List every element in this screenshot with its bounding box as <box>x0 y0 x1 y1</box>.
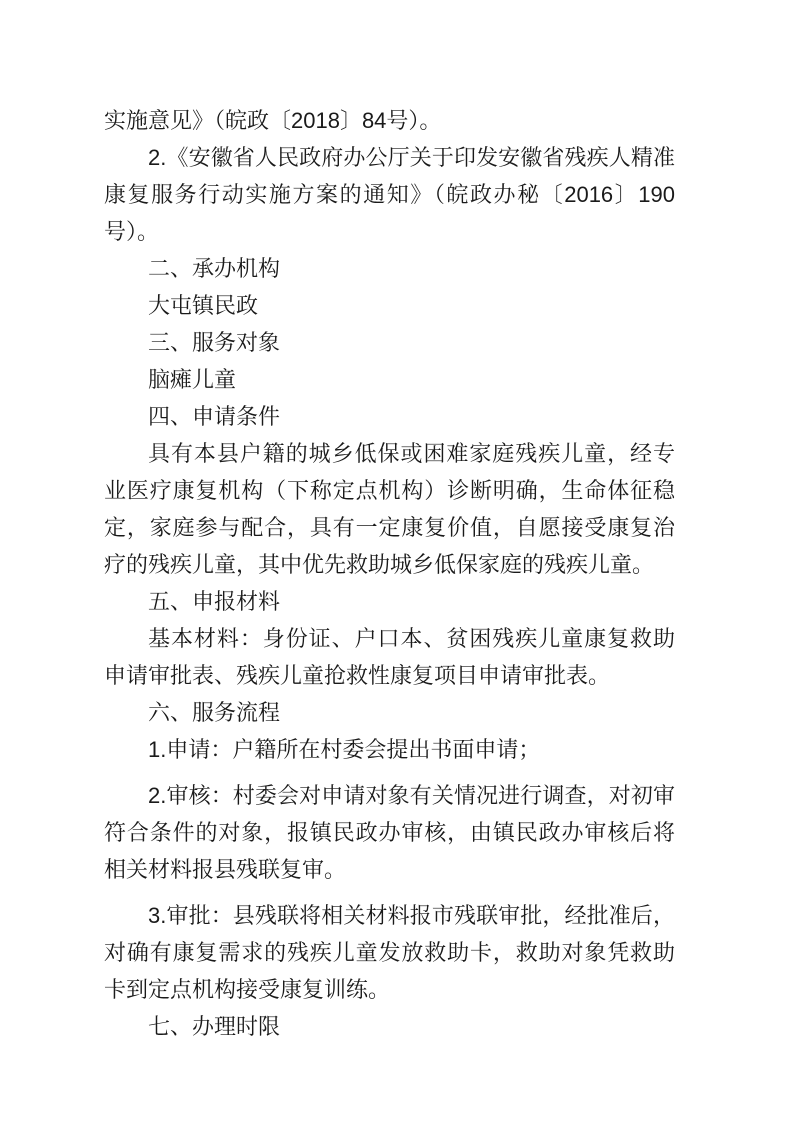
document-body: 实施意见》（皖政〔2018〕84号）。2.《安徽省人民政府办公厅关于印发安徽省残… <box>104 102 675 1045</box>
para-undertaking-agency: 大屯镇民政 <box>104 287 675 324</box>
para-application-materials: 基本材料：身份证、户口本、贫困残疾儿童康复救助申请审批表、残疾儿童抢救性康复项目… <box>104 620 675 694</box>
para-application-conditions: 具有本县户籍的城乡低保或困难家庭残疾儿童，经专业医疗康复机构（下称定点机构）诊断… <box>104 435 675 583</box>
heading-section-2-undertaking-agency: 二、承办机构 <box>104 250 675 287</box>
para-step-2-review: 2.审核：村委会对申请对象有关情况进行调查，对初审符合条件的对象，报镇民政办审核… <box>104 777 675 888</box>
para-policy-basis-2: 2.《安徽省人民政府办公厅关于印发安徽省残疾人精准康复服务行动实施方案的通知》（… <box>104 139 675 250</box>
heading-section-5-application-materials: 五、申报材料 <box>104 583 675 620</box>
heading-section-4-application-conditions: 四、申请条件 <box>104 398 675 435</box>
document-page: 实施意见》（皖政〔2018〕84号）。2.《安徽省人民政府办公厅关于印发安徽省残… <box>0 0 793 1122</box>
heading-section-3-service-target: 三、服务对象 <box>104 324 675 361</box>
para-step-1-apply: 1.申请：户籍所在村委会提出书面申请； <box>104 731 675 768</box>
heading-section-6-service-process: 六、服务流程 <box>104 694 675 731</box>
heading-section-7-processing-time-limit: 七、办理时限 <box>104 1008 675 1045</box>
para-policy-basis-1-continuation: 实施意见》（皖政〔2018〕84号）。 <box>104 102 675 139</box>
para-step-3-approval: 3.审批：县残联将相关材料报市残联审批，经批准后，对确有康复需求的残疾儿童发放救… <box>104 897 675 1008</box>
para-service-target: 脑瘫儿童 <box>104 361 675 398</box>
